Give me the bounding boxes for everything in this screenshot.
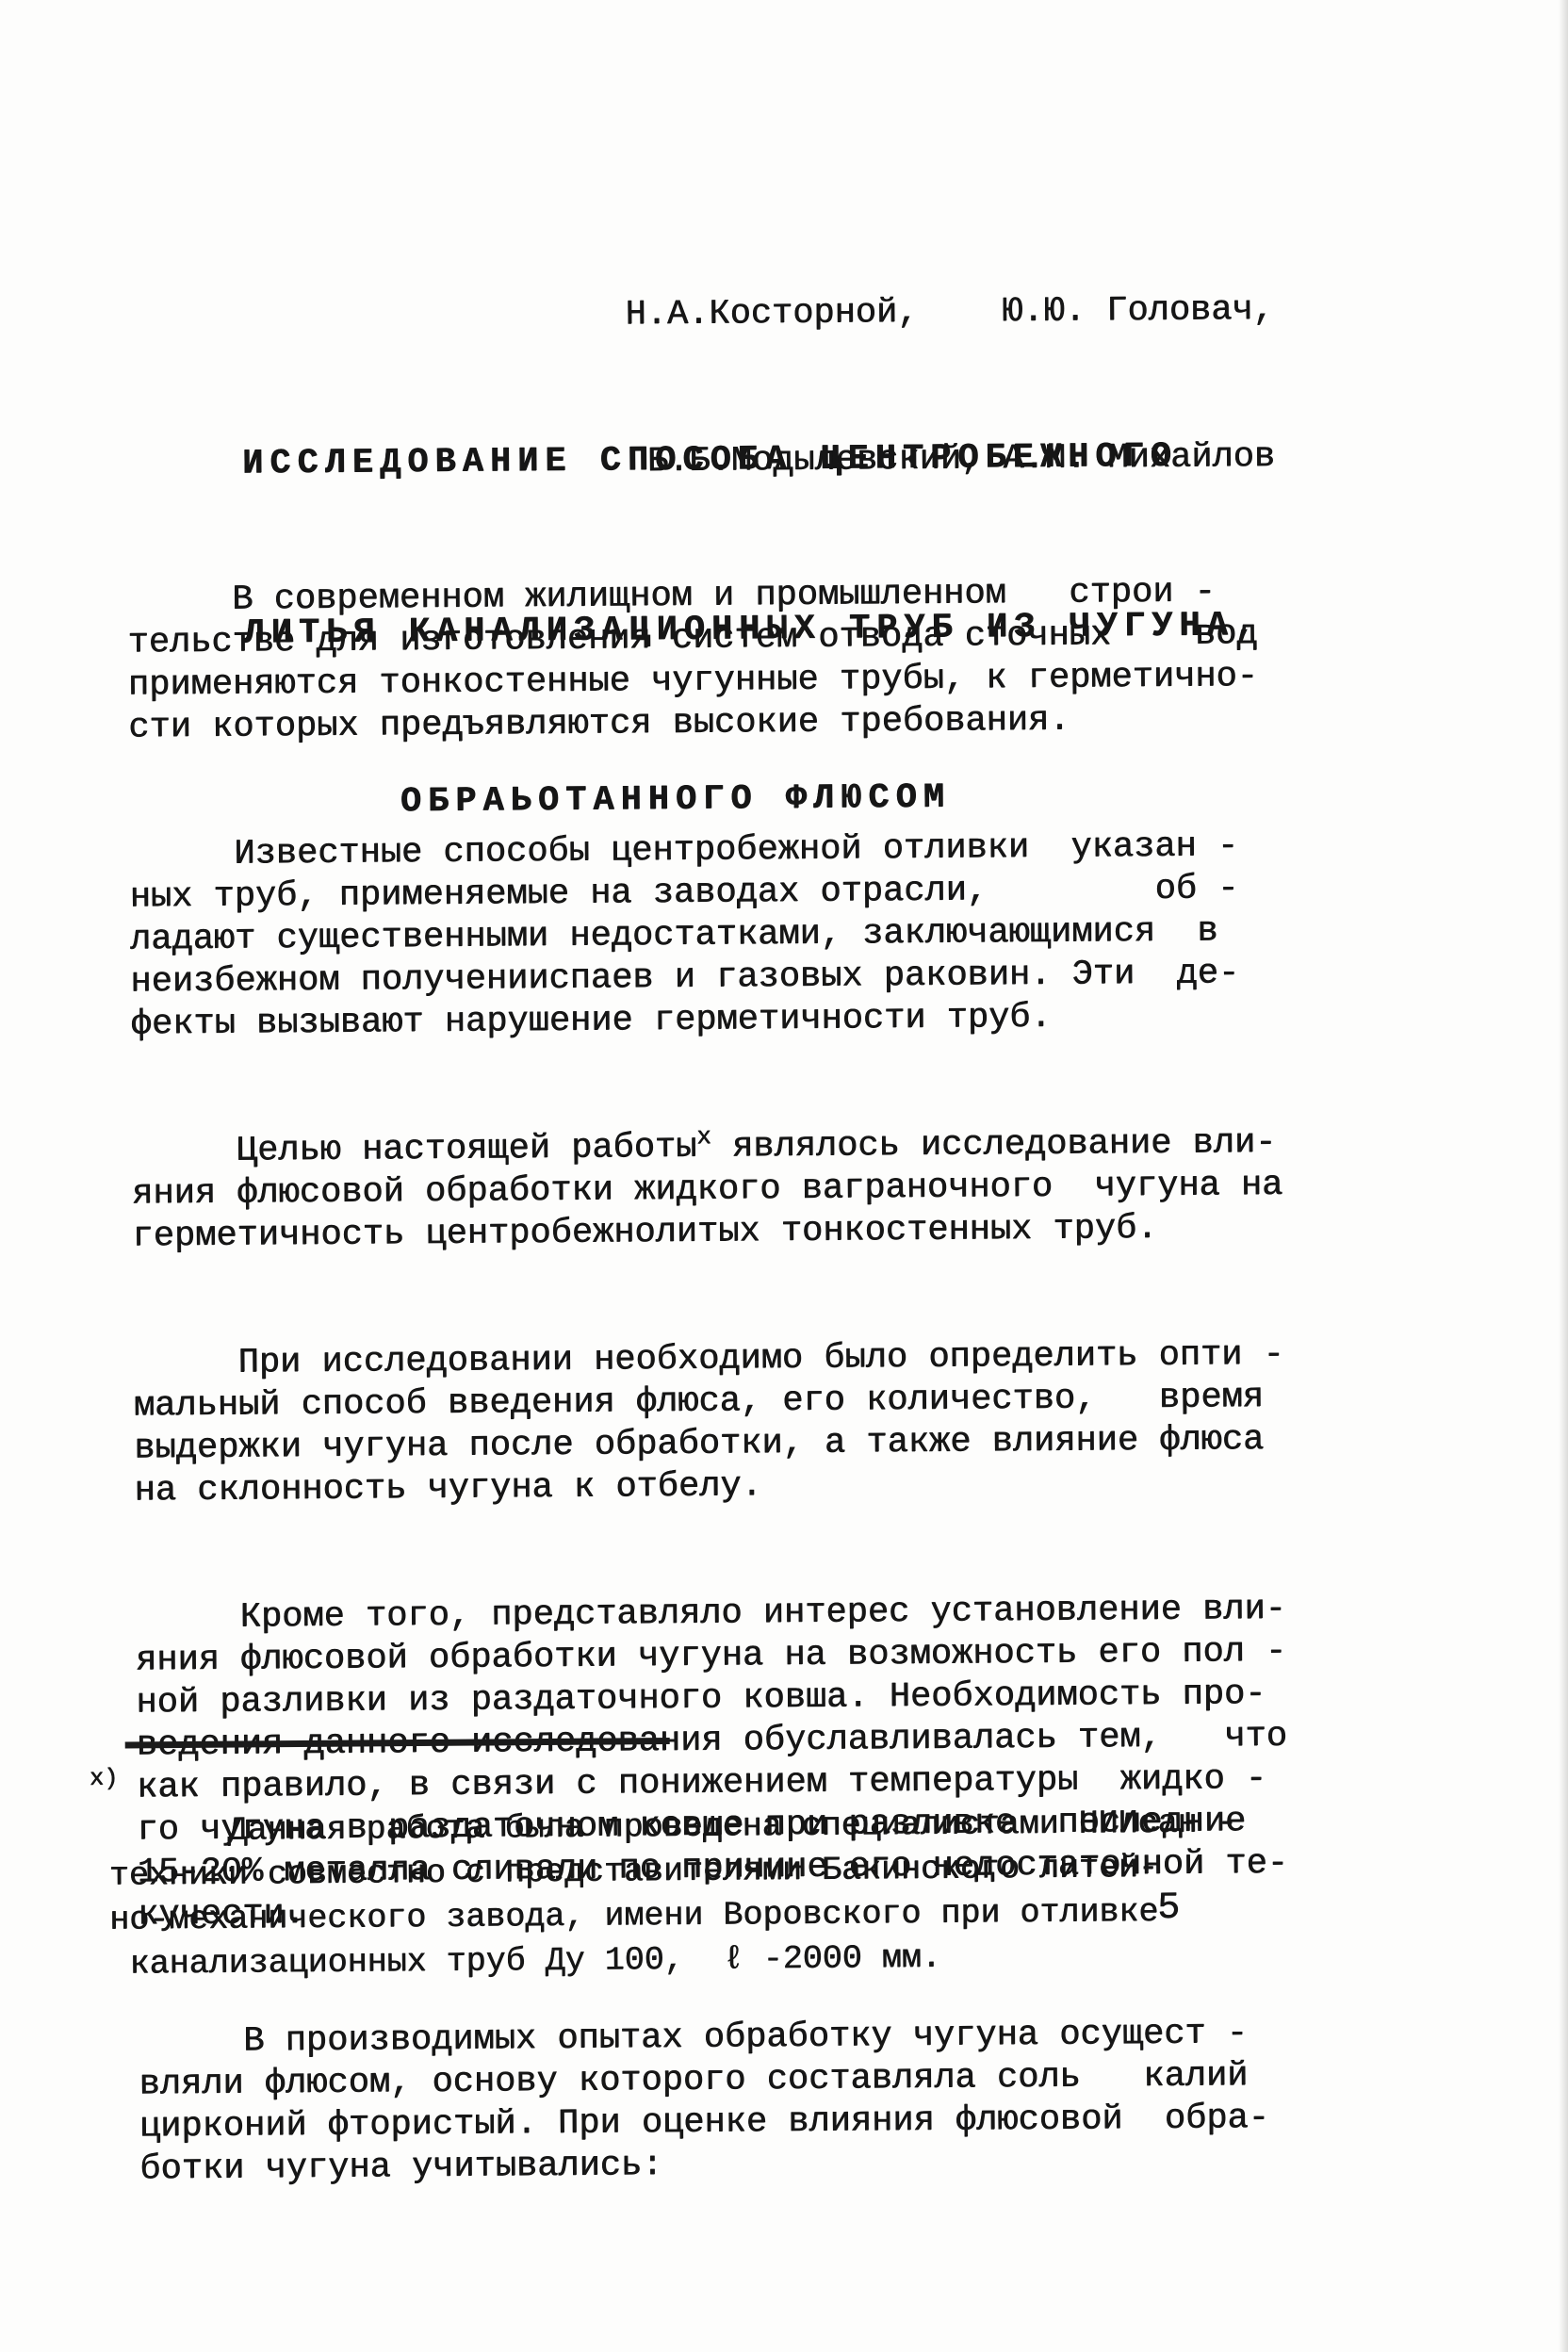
- paragraph-6: В производимых опытах обработку чугуна о…: [139, 2012, 1355, 2191]
- page-content: Н.А.Косторной, Ю.Ю. Головач, Б.Б.Модылев…: [0, 0, 1568, 2352]
- paragraph-2: Известные способы центробежной отливки у…: [129, 825, 1347, 1046]
- page-number: 5: [1157, 1887, 1180, 1930]
- scanned-paper-page: Н.А.Косторной, Ю.Ю. Головач, Б.Б.Модылев…: [0, 0, 1568, 2352]
- scan-edge-shadow: [1559, 0, 1568, 2352]
- paragraph-1: В современном жилищном и промышленном ст…: [127, 570, 1344, 749]
- paragraph-4: При исследовании необходимо было определ…: [133, 1333, 1349, 1512]
- paper-title-line-1: ИССЛЕДОВАНИЕ СПОСОБА ЦЕНТРОБЕЖНОГО: [242, 428, 1261, 492]
- paragraph-3: Целью настоящей работых являлось исследо…: [132, 1121, 1348, 1258]
- footnote-marker: х): [90, 1756, 119, 1801]
- footnote: х)Данная работа была проведена специалис…: [108, 1756, 1335, 2031]
- footnote-text: Данная работа была проведена специалиста…: [109, 1804, 1237, 1983]
- paragraph-3-text-before: Целью настоящей работы: [132, 1128, 697, 1172]
- footnote-reference-marker: х: [696, 1122, 711, 1151]
